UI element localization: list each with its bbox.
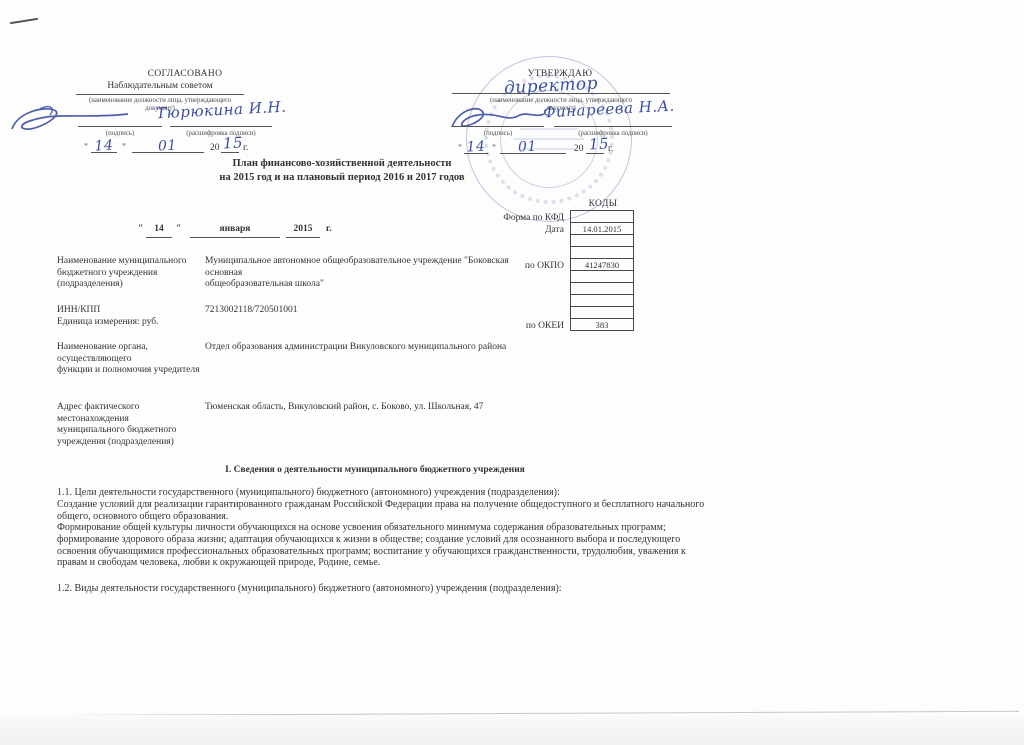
header-date-year: 2015 — [286, 224, 320, 238]
codes-cell-okei: 383 — [570, 318, 634, 331]
field-inn-kpp-label: ИНН/КПП — [57, 305, 209, 317]
agree-left-podpis-caption: (подпись) — [78, 130, 162, 138]
codes-label-form: Форма по КФД — [440, 213, 564, 225]
codes-table: 14.01.2015 41247830 383 — [570, 211, 634, 331]
field-institution-name-label: Наименование муниципального бюджетного у… — [57, 256, 209, 291]
agree-left-year-prefix: 20 — [210, 143, 220, 155]
scan-bottom-strip — [0, 715, 1024, 745]
agree-left-podpis-line — [78, 112, 162, 127]
approve-right-rasshifrovka-line — [554, 112, 672, 127]
header-date-year-letter: г. — [326, 224, 332, 236]
approve-right-year-letter: г. — [608, 144, 613, 156]
agree-left-rasshifrovka-caption: (расшифровка подписи) — [170, 130, 272, 138]
agree-left-title: СОГЛАСОВАНО — [70, 69, 300, 81]
field-institution-name-value: Муниципальное автономное общеобразовател… — [205, 256, 541, 291]
document-title-line2: на 2015 год и на плановый период 2016 и … — [172, 171, 512, 184]
section1-p11-label: 1.1. Цели деятельности государственного … — [57, 487, 719, 499]
header-date-day: 14 — [146, 224, 172, 238]
approve-right-podpis-line — [452, 112, 544, 127]
section1-heading: I. Сведения о деятельности муниципальног… — [55, 465, 695, 477]
approve-right-quote-close: " — [492, 144, 496, 156]
codes-label-date: Дата — [440, 225, 564, 237]
codes-label-okei: по ОКЕИ — [440, 321, 564, 333]
scanned-document-page: СОГЛАСОВАНО Наблюдательным советом (наим… — [0, 0, 1024, 745]
document-title-line1: План финансово-хозяйственной деятельност… — [172, 157, 512, 170]
section1-p11-text2: Формирование общей культуры личности обу… — [57, 522, 715, 569]
agree-left-day-line — [91, 140, 117, 153]
approve-right-podpis-caption: (подпись) — [452, 130, 544, 138]
agree-left-rasshifrovka-line — [170, 112, 272, 127]
approve-right-quote-open: " — [458, 144, 462, 156]
agree-left-year-letter: г. — [243, 143, 248, 155]
agree-left-quote-open: " — [84, 143, 88, 155]
approve-right-position-line — [452, 80, 670, 94]
field-founder-value: Отдел образования администрации Викуловс… — [205, 342, 645, 354]
approve-right-year-prefix: 20 — [574, 144, 584, 156]
header-date-month: января — [190, 224, 280, 238]
approve-right-rasshifrovka-caption: (расшифровка подписи) — [554, 130, 672, 138]
field-inn-kpp-value: 7213002118/720501001 — [205, 305, 505, 317]
field-address-label: Адрес фактического местонахождения муниц… — [57, 402, 222, 448]
field-founder-label: Наименование органа, осуществляющего фун… — [57, 342, 222, 377]
agree-left-month: 01 — [158, 138, 178, 155]
pen-mark — [10, 18, 38, 24]
header-date-quote-open: " — [138, 224, 143, 236]
approve-right-day-line — [464, 141, 488, 154]
agree-left-year-suffix: 15 — [223, 133, 244, 152]
section1-p11-text1: Создание условий для реализации гарантир… — [57, 499, 713, 523]
field-unit-label: Единица измерения: руб. — [57, 317, 237, 329]
section1-p12-label: 1.2. Виды деятельности государственного … — [57, 583, 719, 595]
codes-header: КОДЫ — [570, 199, 636, 211]
agree-left-approver: Наблюдательным советом — [76, 81, 244, 95]
header-date-quote-close: " — [176, 224, 181, 236]
agree-left-quote-close: " — [122, 143, 126, 155]
approve-right-month: 01 — [518, 139, 538, 156]
field-address-value: Тюменская область, Викуловский район, с.… — [205, 402, 645, 414]
approve-right-year-suffix: 15 — [589, 134, 610, 153]
